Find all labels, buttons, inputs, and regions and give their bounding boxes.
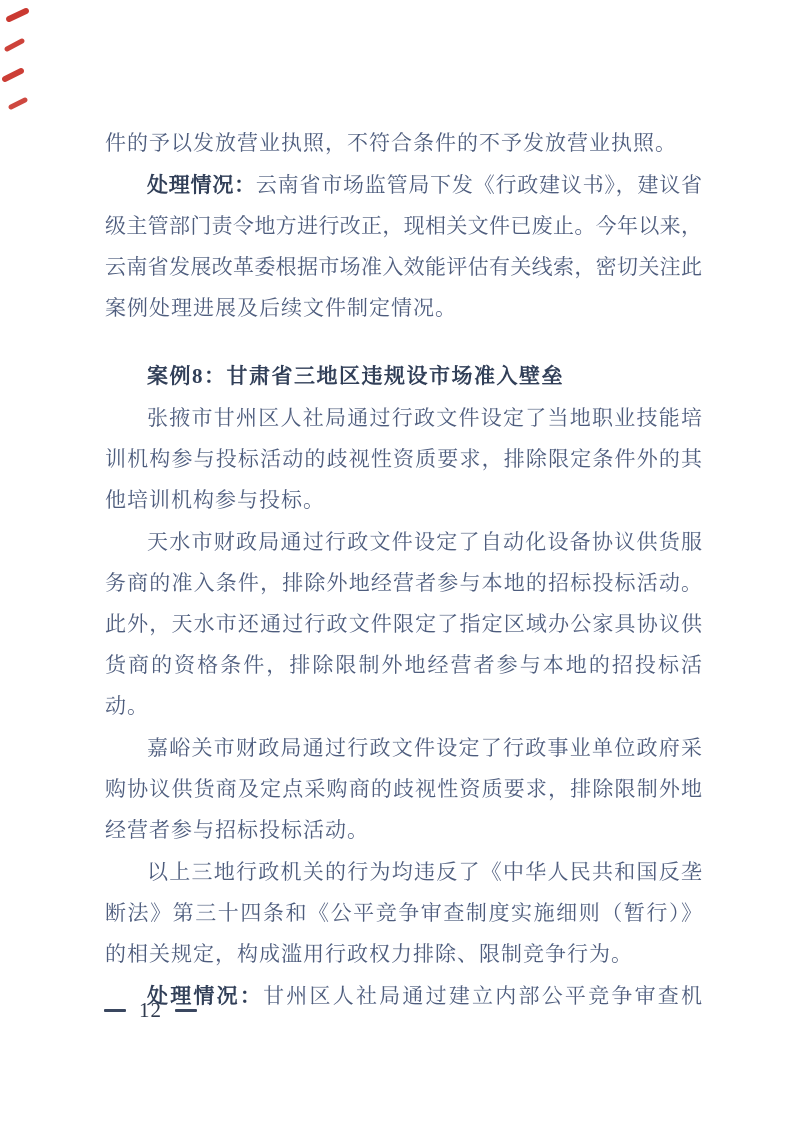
page-number-dash-right xyxy=(175,1009,197,1012)
text-line: 断法》第三十四条和《公平竞争审查制度实施细则（暂行）》 xyxy=(105,893,702,934)
text-line: 此外，天水市还通过行政文件限定了指定区域办公家具协议供 xyxy=(105,604,702,645)
paragraph-zhangye: 张掖市甘州区人社局通过行政文件设定了当地职业技能培训机构参与投标活动的歧视性资质… xyxy=(105,398,702,521)
text-line: 训机构参与投标活动的歧视性资质要求，排除限定条件外的其 xyxy=(105,439,702,480)
text-line: 级主管部门责令地方进行改正，现相关文件已废止。今年以来， xyxy=(105,206,702,247)
text-line: 经营者参与招标投标活动。 xyxy=(105,810,702,851)
text-line: 案例处理进展及后续文件制定情况。 xyxy=(105,288,702,329)
text-line: 购协议供货商及定点采购商的歧视性资质要求，排除限制外地 xyxy=(105,769,702,810)
document-body: 件的予以发放营业执照，不符合条件的不予发放营业执照。处理情况：云南省市场监管局下… xyxy=(105,122,702,1017)
bold-label: 处理情况： xyxy=(147,173,256,197)
paragraph-jiayuguan: 嘉峪关市财政局通过行政文件设定了行政事业单位政府采购协议供货商及定点采购商的歧视… xyxy=(105,728,702,851)
text-line: 件的予以发放营业执照，不符合条件的不予发放营业执照。 xyxy=(105,123,702,164)
text-line: 处理情况：云南省市场监管局下发《行政建议书》，建议省 xyxy=(105,165,702,206)
text-line: 他培训机构参与投标。 xyxy=(105,480,702,521)
text-line: 云南省发展改革委根据市场准入效能评估有关线索，密切关注此 xyxy=(105,247,702,288)
paragraph-case7-handling: 处理情况：云南省市场监管局下发《行政建议书》，建议省级主管部门责令地方进行改正，… xyxy=(105,165,702,329)
text-line: 货商的资格条件，排除限制外地经营者参与本地的招投标活 xyxy=(105,645,702,686)
page-number: 12 xyxy=(104,998,197,1023)
document-page: 件的予以发放营业执照，不符合条件的不予发放营业执照。处理情况：云南省市场监管局下… xyxy=(0,0,800,1132)
paragraph-tianshui: 天水市财政局通过行政文件设定了自动化设备协议供货服务商的准入条件，排除外地经营者… xyxy=(105,522,702,727)
text-line: 嘉峪关市财政局通过行政文件设定了行政事业单位政府采 xyxy=(105,728,702,769)
text-line: 案例8：甘肃省三地区违规设市场准入壁垒 xyxy=(105,356,702,397)
page-number-value: 12 xyxy=(139,998,162,1023)
text-line: 务商的准入条件，排除外地经营者参与本地的招标投标活动。 xyxy=(105,563,702,604)
red-pen-marks-icon xyxy=(2,4,38,114)
text-line: 的相关规定，构成滥用行政权力排除、限制竞争行为。 xyxy=(105,934,702,975)
paragraph-continued-from-previous-page: 件的予以发放营业执照，不符合条件的不予发放营业执照。 xyxy=(105,123,702,164)
text-line: 张掖市甘州区人社局通过行政文件设定了当地职业技能培 xyxy=(105,398,702,439)
text-line: 动。 xyxy=(105,686,702,727)
case8-heading: 案例8：甘肃省三地区违规设市场准入壁垒 xyxy=(105,356,702,397)
page-number-dash-left xyxy=(104,1009,126,1012)
paragraph-violation-summary: 以上三地行政机关的行为均违反了《中华人民共和国反垄断法》第三十四条和《公平竞争审… xyxy=(105,852,702,975)
text-line: 天水市财政局通过行政文件设定了自动化设备协议供货服 xyxy=(105,522,702,563)
text-line: 以上三地行政机关的行为均违反了《中华人民共和国反垄 xyxy=(105,852,702,893)
